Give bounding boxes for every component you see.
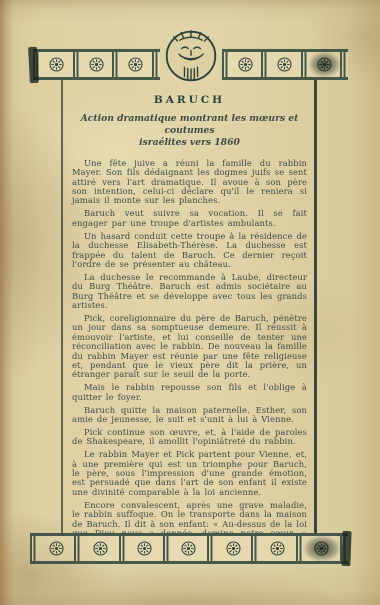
- band-divider: [222, 52, 230, 77]
- synopsis-paragraph: Baruch quitte la maison paternelle. Esth…: [72, 406, 307, 425]
- synopsis-paragraph: Baruch veut suivre sa vocation. Il se fa…: [72, 209, 307, 228]
- ink-smear: [28, 47, 39, 83]
- band-divider: [152, 52, 160, 77]
- rosette-icon: [38, 536, 74, 561]
- page-title: BARUCH: [72, 94, 307, 106]
- rosette-icon: [81, 52, 113, 77]
- synopsis-paragraph: Pick, coreligionnaire du père de Baruch,…: [72, 314, 307, 380]
- band-divider: [74, 536, 82, 561]
- band-divider: [207, 536, 215, 561]
- synopsis-paragraph: Pick continue son œuvre, et, à l'aide de…: [72, 428, 307, 447]
- top-ornament-band: [33, 49, 348, 80]
- rosette-icon: [230, 52, 262, 77]
- bottom-band: [30, 533, 348, 564]
- rosette-icon: [269, 52, 301, 77]
- synopsis-text: Une fête juive a réuni la famille du rab…: [72, 159, 307, 533]
- bottom-ornament-band: [30, 533, 348, 564]
- top-band-left: [33, 49, 160, 80]
- band-divider: [251, 536, 259, 561]
- band-divider: [30, 536, 38, 561]
- medallion-gap: [160, 49, 222, 80]
- synopsis-paragraph: Un hasard conduit cette troupe à la rési…: [72, 232, 307, 270]
- band-divider: [261, 52, 269, 77]
- subtitle-line1: Action dramatique montrant les mœurs et …: [81, 113, 299, 136]
- subtitle: Action dramatique montrant les mœurs et …: [72, 113, 307, 149]
- synopsis-column: BARUCH Action dramatique montrant les mœ…: [61, 80, 317, 533]
- top-band-right: [222, 49, 349, 80]
- ink-smear: [341, 531, 351, 566]
- rosette-icon: [171, 536, 207, 561]
- band-divider: [163, 536, 171, 561]
- rosette-icon: [215, 536, 251, 561]
- subtitle-line2: israélites vers 1860: [139, 137, 240, 148]
- band-divider: [73, 52, 81, 77]
- rosette-icon: [41, 52, 73, 77]
- synopsis-paragraph: Le rabbin Mayer et Pick partent pour Vie…: [72, 450, 307, 497]
- band-divider: [112, 52, 120, 77]
- rosette-icon: [82, 536, 118, 561]
- synopsis-paragraph: La duchesse le recommande à Laube, direc…: [72, 273, 307, 311]
- synopsis-paragraph: Encore convalescent, après une grave mal…: [72, 501, 307, 533]
- rosette-icon: [120, 52, 152, 77]
- synopsis-paragraph: Une fête juive a réuni la famille du rab…: [72, 159, 307, 206]
- band-divider: [119, 536, 127, 561]
- rosette-icon: [259, 536, 295, 561]
- rosette-icon: [304, 536, 340, 561]
- rosette-icon: [127, 536, 163, 561]
- band-divider: [340, 52, 348, 77]
- rosette-icon: [309, 52, 341, 77]
- comedy-mask-icon: [163, 28, 219, 84]
- synopsis-paragraph: Mais le rabbin repousse son fils et l'ob…: [72, 383, 307, 402]
